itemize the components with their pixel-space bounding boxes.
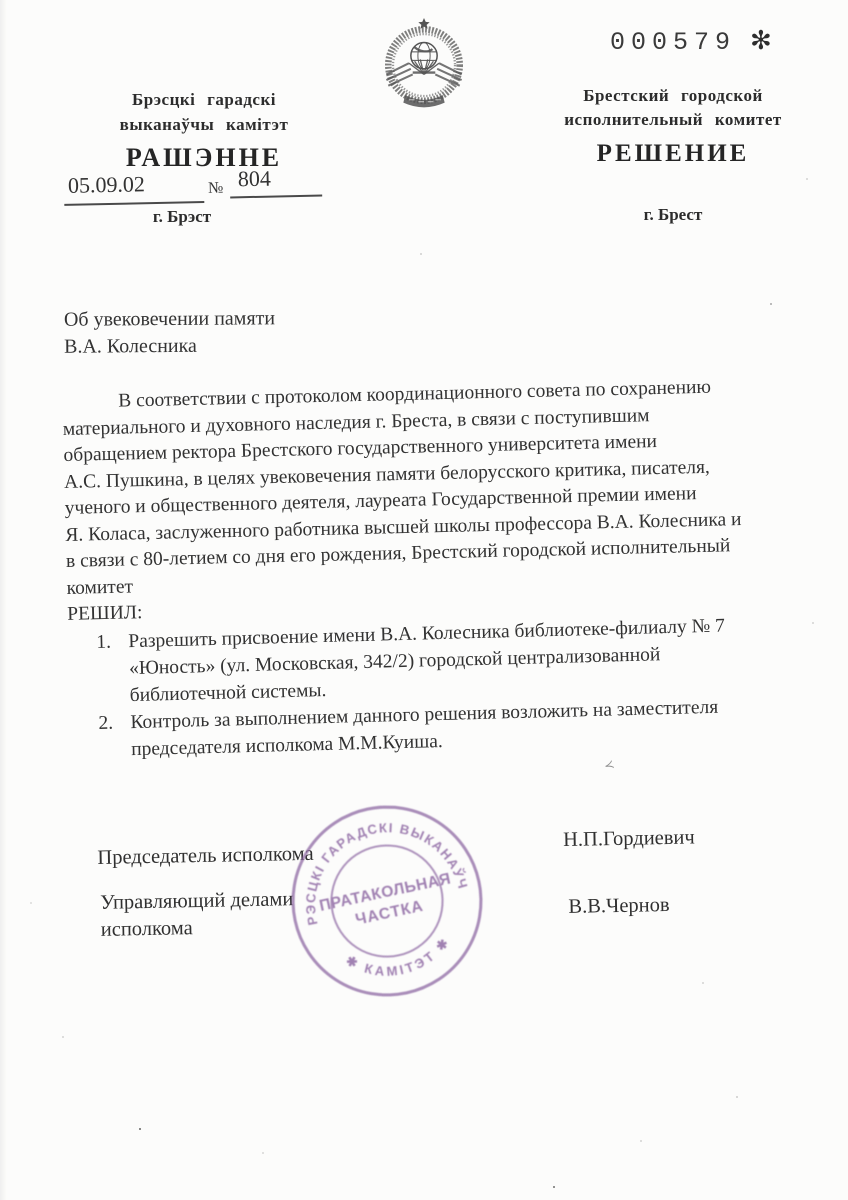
body-paragraph: В соответствии с протоколом координацион… [62,373,779,628]
signature-title-manager-line1: Управляющий делами [100,888,293,915]
resolutions-list: 1. Разрешить присвоение имени В.А. Колес… [96,611,789,764]
signature-title-manager-line2: исполкома [101,917,193,942]
city-by: г. Брэст [58,207,350,227]
resolution-number: 2. [98,709,131,764]
signature-name-chairman: Н.П.Гордиевич [563,826,695,852]
asterisk-icon: ✻ [750,26,772,56]
scan-speckles [0,0,2,2]
resolution-number: 1. [96,628,130,710]
subject-line2: В.А. Колесника [64,332,275,360]
subject-line1: Об увековечении памяти [64,305,275,333]
serial-row: 000579 ✻ [528,28,818,57]
number-underline [230,195,322,198]
org-name-by-line1: Брэсцкі гарадскі [58,90,350,110]
date-number-row: 05.09.02 № 804 [58,167,351,209]
signature-name-manager: В.В.Чернов [568,894,670,919]
org-name-by-line2: выканаўчы камітэт [58,115,350,135]
doc-type-ru: РЕШЕНИЕ [528,140,818,168]
org-name-ru-line2: исполнительный комитет [528,110,818,130]
document-page: ≺ Брэсцкі гарадскі выканаўчы кам [0,0,848,1200]
decision-date: 05.09.02 [68,171,146,199]
city-ru: г. Брест [528,205,818,225]
belarus-coat-of-arms-icon [377,16,471,116]
decision-number: 804 [238,166,272,193]
serial-number: 000579 [610,28,736,57]
pen-mark: ≺ [602,757,616,773]
stamp-ring-bottom-text: ✱ КАМІТЭТ ✱ [341,931,458,989]
date-underline [64,201,204,205]
round-stamp: БРЭСЦКІ ГАРАДСКІ ВЫКАНАЎЧЫ ✱ КАМІТЭТ ✱ П… [265,781,508,1021]
org-name-ru-line1: Брестский городской [528,86,818,106]
subject-block: Об увековечении памяти В.А. Колесника [64,305,276,360]
number-sign: № [208,180,224,198]
svg-text:✱ КАМІТЭТ ✱: ✱ КАМІТЭТ ✱ [341,931,458,989]
